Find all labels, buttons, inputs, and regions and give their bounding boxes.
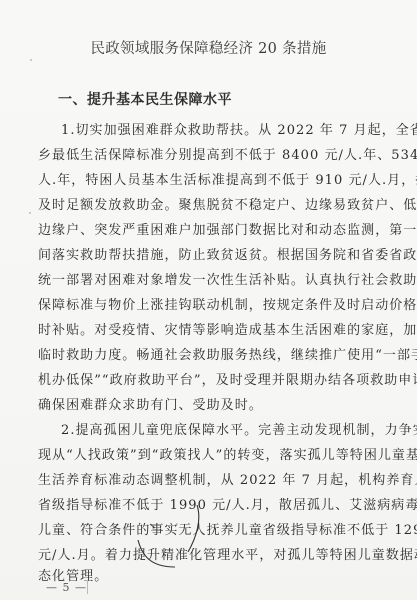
paragraph-line: 2.提高孤困儿童兜底保障水平。完善主动发现机制，力争实 [61,422,417,440]
paragraph-line: 边缘户、突发严重困难户加强部门数据比对和动态监测，第一时 [38,222,417,240]
paragraph-line: 及时足额发放救助金。聚焦脱贫不稳定户、边缘易致贫户、低保 [38,197,417,215]
scan-speck [29,212,31,214]
section-heading: 一、提升基本民生保障水平 [58,89,232,109]
paragraph-line: 保障标准与物价上涨挂钩联动机制，按规定条件及时启动价格临 [38,297,417,315]
scan-speck [30,59,32,61]
paragraph-line: 确保困难群众求助有门、受助及时。 [38,397,263,415]
paragraph-line: 元/人.月。着力提升精准化管理水平，对孤儿等特困儿童数据动 [38,547,417,565]
document-page: 民政领域服务保障稳经济 20 条措施 一、提升基本民生保障水平 1.切实加强困难… [0,0,417,600]
paragraph-line: 1.切实加强困难群众救助帮扶。从 2022 年 7 月起，全省城 [61,122,417,140]
paragraph-line: 机办低保”“政府救助平台”，及时受理并限期办结各项救助申请， [38,372,417,390]
paragraph-line: 时补贴。对受疫情、灾情等影响造成基本生活困难的家庭，加大 [38,322,417,340]
paragraph-line: 儿童、符合条件的事实无人抚养儿童省级指导标准不低于 1290 [38,522,417,540]
paragraph-line: 省级指导标准不低于 1990 元/人.月，散居孤儿、艾滋病病毒感染 [38,497,417,515]
page-number-divider [87,580,88,594]
paragraph-line: 人.年，特困人员基本生活标准提高到不低于 910 元/人.月，按月 [38,172,417,190]
paragraph-line: 临时救助力度。畅通社会救助服务热线，继续推广使用“一部手 [38,347,417,365]
document-title: 民政领域服务保障稳经济 20 条措施 [0,37,417,58]
paragraph-line: 统一部署对困难对象增发一次性生活补贴。认真执行社会救助和 [38,272,417,290]
paragraph-line: 间落实救助帮扶措施，防止致贫返贫。根据国务院和省委省政府 [38,247,417,265]
paragraph-line: 生活养育标准动态调整机制，从 2022 年 7 月起，机构养育儿童 [38,472,417,490]
paragraph-line: 现从“人找政策”到“政策找人”的转变，落实孤儿等特困儿童基本 [38,447,417,465]
scan-speck [176,523,178,525]
page-number: — 5 — [46,581,87,594]
paragraph-line: 乡最低生活保障标准分别提高到不低于 8400 元/人.年、5343 元/ [38,147,417,165]
